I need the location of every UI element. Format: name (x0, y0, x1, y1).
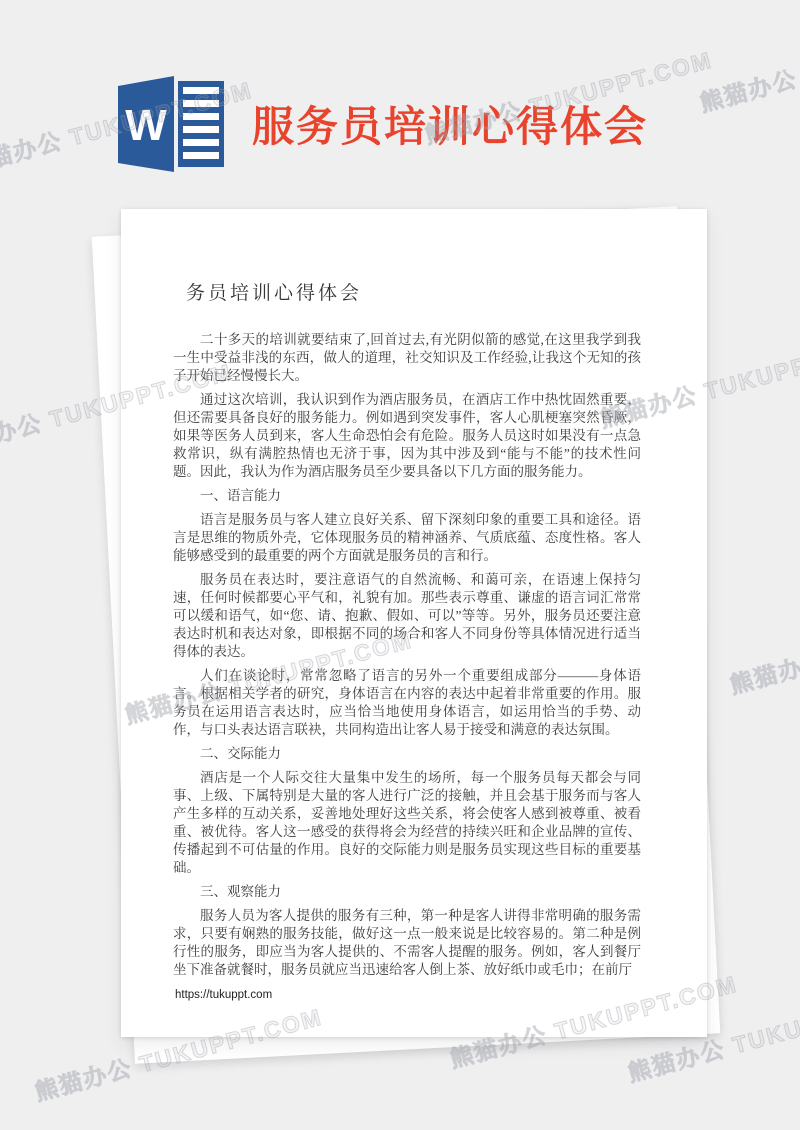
paragraph: 酒店是一个人际交往大量集中发生的场所，每一个服务员每天都会与同事、上级、下属特别… (173, 769, 641, 877)
paragraph: 语言是服务员与客人建立良好关系、留下深刻印象的重要工具和途径。语言是思维的物质外… (173, 511, 641, 565)
paragraph: 服务人员为客人提供的服务有三种，第一种是客人讲得非常明确的服务需求，只要有娴熟的… (173, 907, 641, 979)
section-heading: 二、交际能力 (173, 745, 641, 763)
header: W 服务员培训心得体会 (118, 72, 648, 176)
document-title: 务员培训心得体会 (186, 278, 641, 305)
site-watermark: 熊猫办公 TUKUPPT.COM (696, 10, 800, 119)
paragraph: 通过这次培训，我认识到作为酒店服务员，在酒店工作中热忱固然重要，但还需要具备良好… (173, 391, 641, 481)
section-heading: 三、观察能力 (173, 883, 641, 901)
document-page: 务员培训心得体会 二十多天的培训就要结束了,回首过去,有光阴似箭的感觉,在这里我… (121, 209, 707, 1037)
document-body: 二十多天的培训就要结束了,回首过去,有光阴似箭的感觉,在这里我学到我一生中受益非… (173, 331, 641, 979)
paragraph: 二十多天的培训就要结束了,回首过去,有光阴似箭的感觉,在这里我学到我一生中受益非… (173, 331, 641, 385)
paragraph: 服务员在表达时，要注意语气的自然流畅、和蔼可亲，在语速上保持匀速，任何时候都要心… (173, 571, 641, 661)
section-heading: 一、语言能力 (173, 487, 641, 505)
preview-canvas: W 服务员培训心得体会 务员培训心得体会 二十多天的培训就要结束了,回首过去,有… (0, 0, 800, 1130)
paragraph: 人们在谈论时，常常忽略了语言的另外一个重要组成部分———身体语言。根据相关学者的… (173, 667, 641, 739)
word-icon-letter: W (125, 101, 167, 150)
footer-url[interactable]: https://tukuppt.com (175, 989, 272, 1001)
page-title: 服务员培训心得体会 (252, 94, 648, 154)
word-file-icon: W (118, 72, 226, 176)
site-watermark: 熊猫办公 TUKUPPT.COM (726, 592, 800, 701)
